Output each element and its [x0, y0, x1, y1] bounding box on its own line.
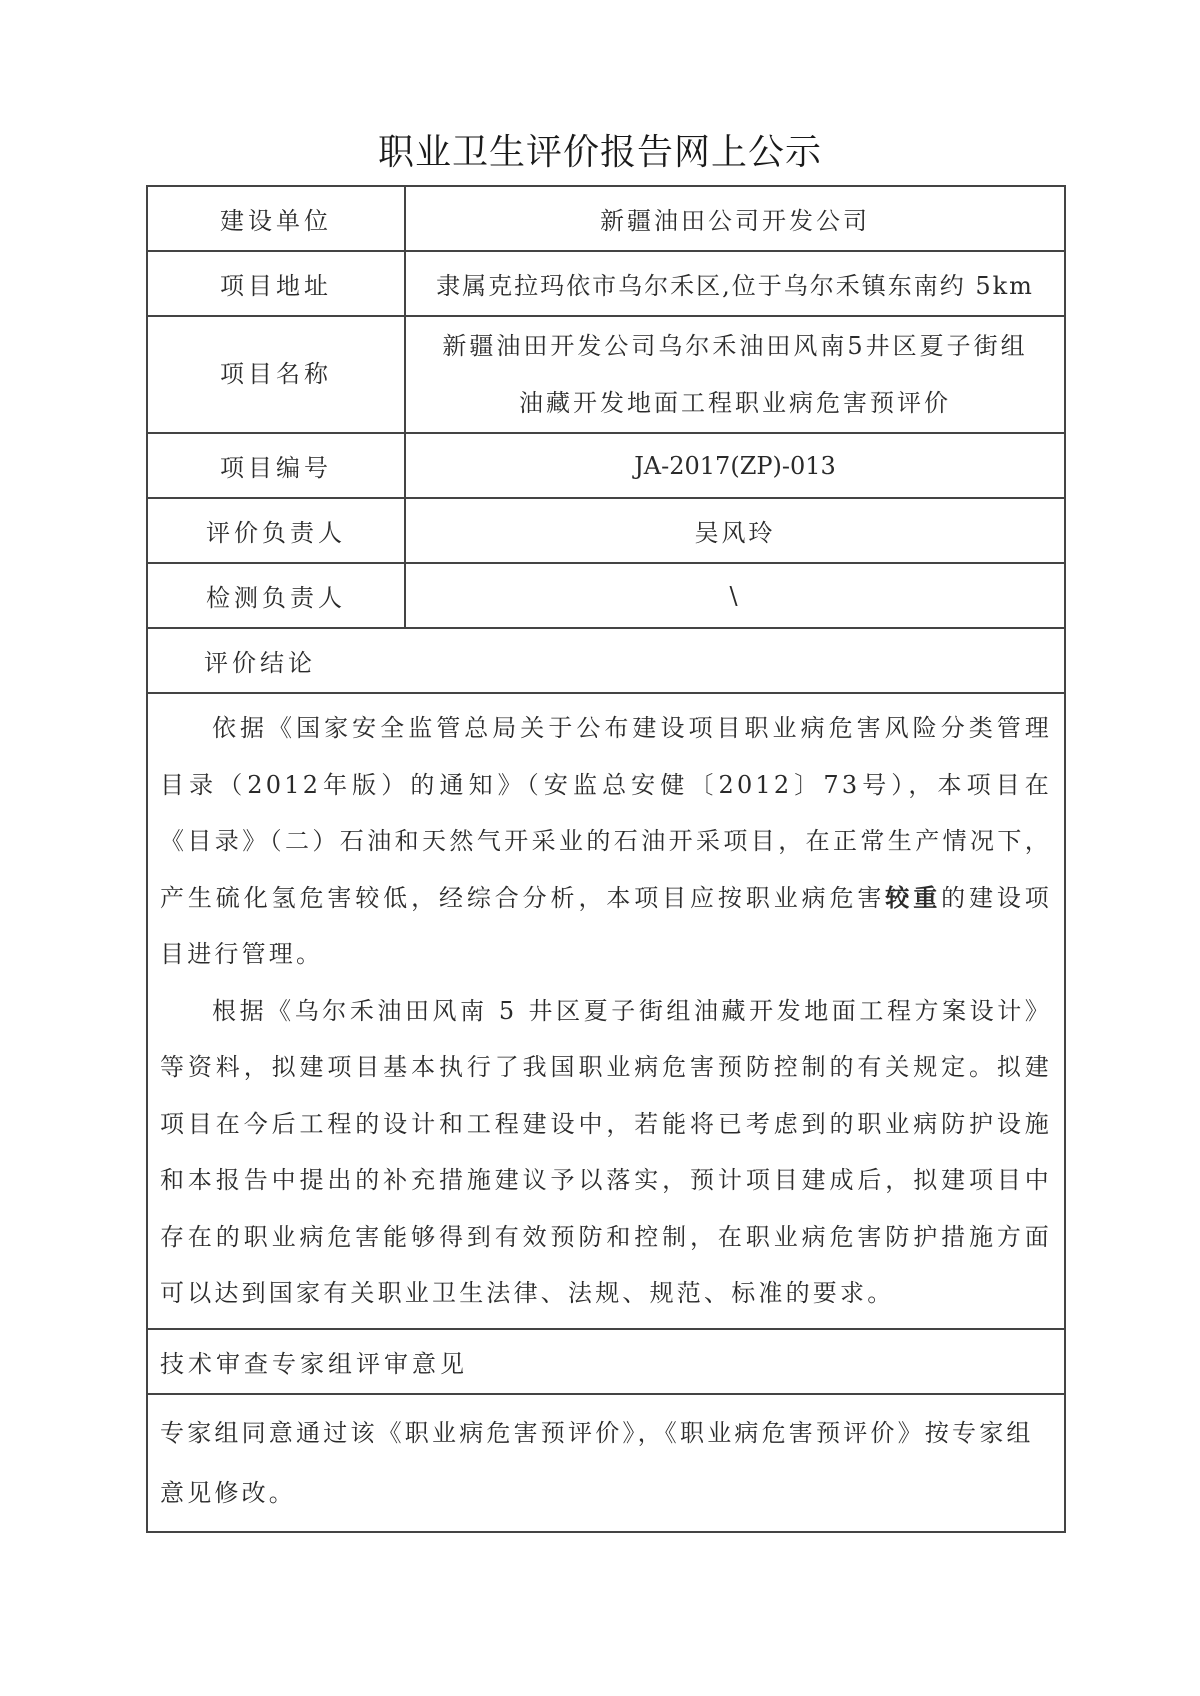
row-project-address: 项目地址 隶属克拉玛依市乌尔禾区,位于乌尔禾镇东南约 5km: [147, 251, 1065, 316]
label-construction-unit: 建设单位: [147, 186, 405, 251]
conclusion-paragraph-1: 依据《国家安全监管总局关于公布建设项目职业病危害风险分类管理目录（2012年版）…: [160, 700, 1052, 983]
value-project-address: 隶属克拉玛依市乌尔禾区,位于乌尔禾镇东南约 5km: [405, 251, 1065, 316]
conclusion-body: 依据《国家安全监管总局关于公布建设项目职业病危害风险分类管理目录（2012年版）…: [147, 693, 1065, 1329]
review-heading: 技术审查专家组评审意见: [147, 1329, 1065, 1394]
label-project-number: 项目编号: [147, 433, 405, 498]
row-review-heading: 技术审查专家组评审意见: [147, 1329, 1065, 1394]
value-construction-unit: 新疆油田公司开发公司: [405, 186, 1065, 251]
conclusion-heading: 评价结论: [147, 628, 1065, 693]
row-conclusion-body: 依据《国家安全监管总局关于公布建设项目职业病危害风险分类管理目录（2012年版）…: [147, 693, 1065, 1329]
row-construction-unit: 建设单位 新疆油田公司开发公司: [147, 186, 1065, 251]
project-name-line-2: 油藏开发地面工程职业病危害预评价: [406, 375, 1064, 432]
value-evaluation-lead: 吴风玲: [405, 498, 1065, 563]
value-project-name: 新疆油田开发公司乌尔禾油田风南5井区夏子街组 油藏开发地面工程职业病危害预评价: [405, 316, 1065, 433]
row-conclusion-heading: 评价结论: [147, 628, 1065, 693]
risk-level-bold: 较重: [885, 883, 941, 912]
value-project-number: JA-2017(ZP)-013: [405, 433, 1065, 498]
disclosure-table: 建设单位 新疆油田公司开发公司 项目地址 隶属克拉玛依市乌尔禾区,位于乌尔禾镇东…: [146, 185, 1066, 1533]
label-testing-lead: 检测负责人: [147, 563, 405, 628]
row-evaluation-lead: 评价负责人 吴风玲: [147, 498, 1065, 563]
review-text: 专家组同意通过该《职业病危害预评价》，《职业病危害预评价》按专家组意见修改。: [147, 1394, 1065, 1532]
label-project-address: 项目地址: [147, 251, 405, 316]
row-project-number: 项目编号 JA-2017(ZP)-013: [147, 433, 1065, 498]
row-review-text: 专家组同意通过该《职业病危害预评价》，《职业病危害预评价》按专家组意见修改。: [147, 1394, 1065, 1532]
document-title: 职业卫生评价报告网上公示: [0, 124, 1200, 175]
project-name-line-1: 新疆油田开发公司乌尔禾油田风南5井区夏子街组: [406, 318, 1064, 375]
value-testing-lead: \: [405, 563, 1065, 628]
row-testing-lead: 检测负责人 \: [147, 563, 1065, 628]
row-project-name: 项目名称 新疆油田开发公司乌尔禾油田风南5井区夏子街组 油藏开发地面工程职业病危…: [147, 316, 1065, 433]
label-evaluation-lead: 评价负责人: [147, 498, 405, 563]
label-project-name: 项目名称: [147, 316, 405, 433]
conclusion-paragraph-2: 根据《乌尔禾油田风南 5 井区夏子街组油藏开发地面工程方案设计》等资料，拟建项目…: [160, 983, 1052, 1322]
